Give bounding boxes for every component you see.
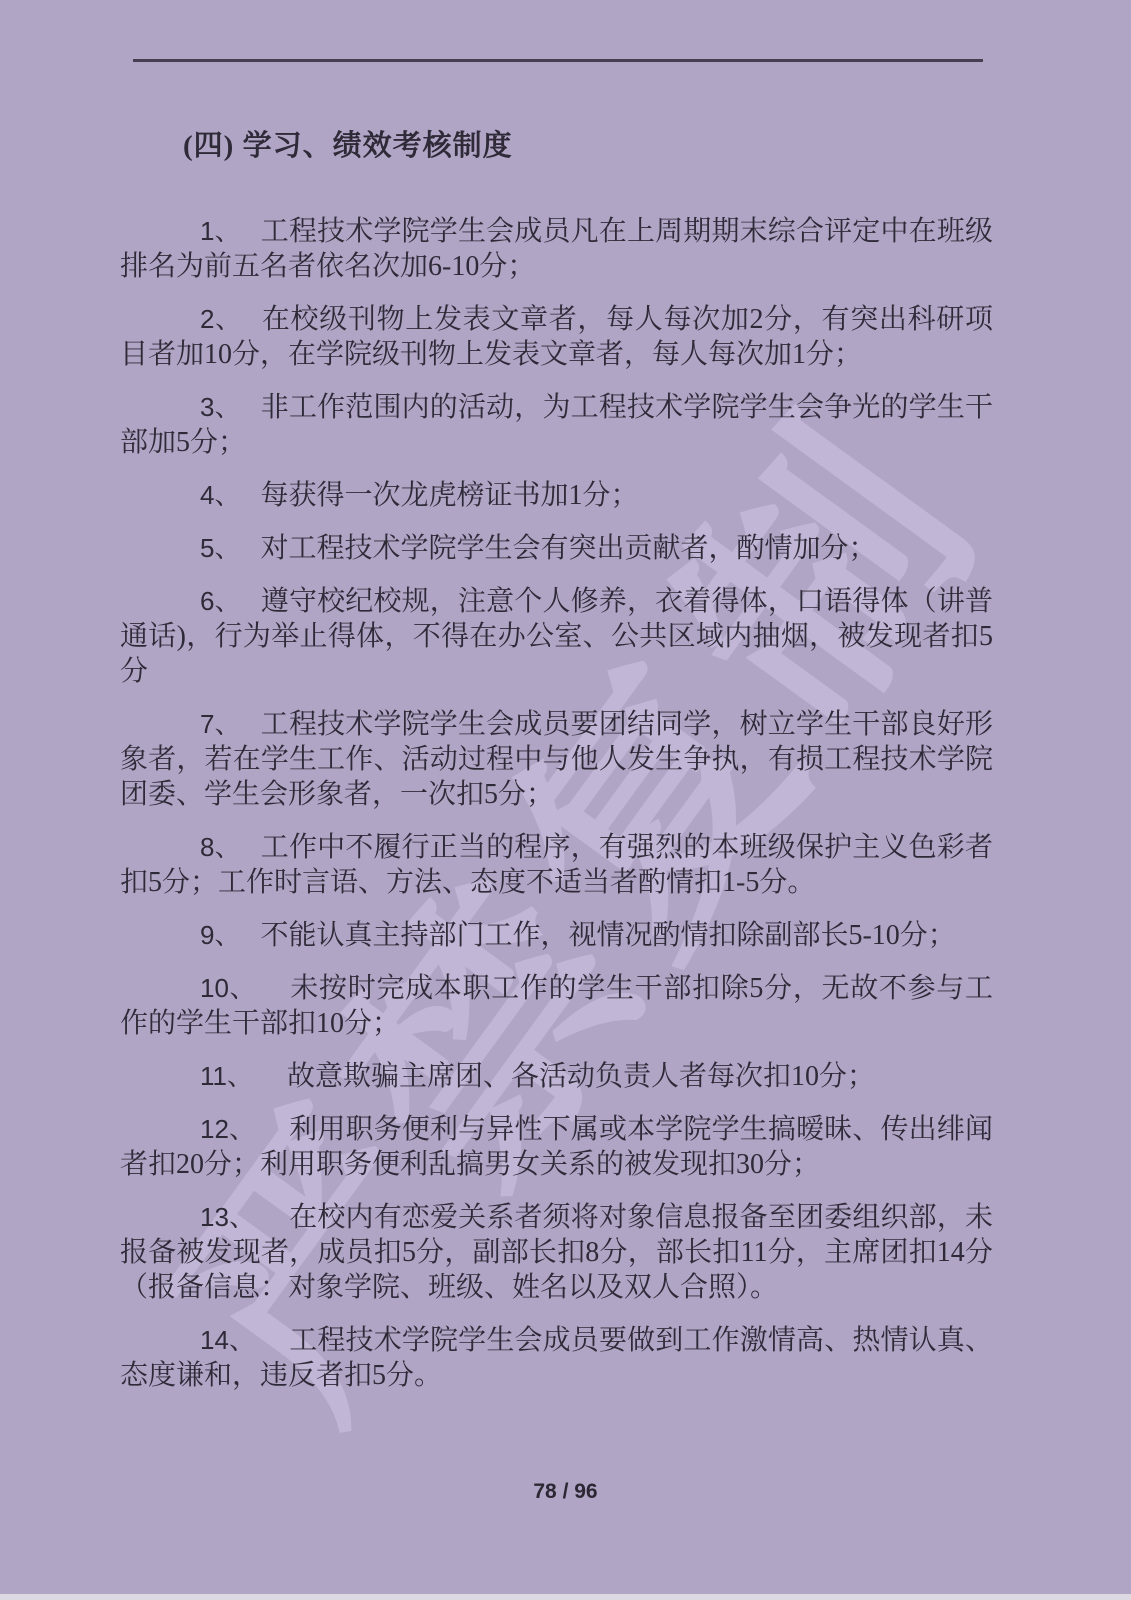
list-item: 3、非工作范围内的活动，为工程技术学院学生会争光的学生干部加5分； xyxy=(120,390,993,460)
item-text: 故意欺骗主席团、各活动负责人者每次扣10分； xyxy=(287,1061,875,1092)
section-heading: (四) 学习、绩效考核制度 xyxy=(120,128,993,164)
item-number: 8、 xyxy=(200,832,241,862)
item-text: 工作中不履行正当的程序，有强烈的本班级保护主义色彩者扣5分；工作时言语、方法、态… xyxy=(120,832,993,898)
item-number: 9、 xyxy=(200,920,240,950)
list-item: 11、故意欺骗主席团、各活动负责人者每次扣10分； xyxy=(120,1059,993,1094)
list-item: 8、工作中不履行正当的程序，有强烈的本班级保护主义色彩者扣5分；工作时言语、方法… xyxy=(120,830,993,900)
item-number: 13、 xyxy=(200,1202,255,1232)
list-item: 10、未按时完成本职工作的学生干部扣除5分，无故不参与工作的学生干部扣10分； xyxy=(120,971,993,1041)
document-page: 严禁复制 (四) 学习、绩效考核制度 1、工程技术学院学生会成员凡在上周期期末综… xyxy=(0,0,1131,1600)
list-item: 1、工程技术学院学生会成员凡在上周期期末综合评定中在班级排名为前五名者依名次加6… xyxy=(120,214,993,284)
item-number: 12、 xyxy=(200,1114,255,1144)
item-number: 1、 xyxy=(200,216,241,246)
item-text: 遵守校纪校规，注意个人修养，衣着得体，口语得体（讲普通话)，行为举止得体，不得在… xyxy=(120,586,993,687)
list-item: 5、对工程技术学院学生会有突出贡献者，酌情加分； xyxy=(120,531,993,566)
item-number: 14、 xyxy=(200,1325,255,1355)
item-text: 工程技术学院学生会成员凡在上周期期末综合评定中在班级排名为前五名者依名次加6-1… xyxy=(120,216,993,282)
list-item: 2、在校级刊物上发表文章者，每人每次加2分，有突出科研项目者加10分，在学院级刊… xyxy=(120,302,993,372)
items-container: 1、工程技术学院学生会成员凡在上周期期末综合评定中在班级排名为前五名者依名次加6… xyxy=(120,214,993,1393)
item-number: 4、 xyxy=(200,480,240,510)
list-item: 4、每获得一次龙虎榜证书加1分； xyxy=(120,478,993,513)
item-text: 工程技术学院学生会成员要团结同学，树立学生干部良好形象者，若在学生工作、活动过程… xyxy=(120,709,993,810)
item-number: 2、 xyxy=(200,304,242,334)
item-text: 在校级刊物上发表文章者，每人每次加2分，有突出科研项目者加10分，在学院级刊物上… xyxy=(120,304,993,370)
item-text: 非工作范围内的活动，为工程技术学院学生会争光的学生干部加5分； xyxy=(120,392,993,458)
item-text: 每获得一次龙虎榜证书加1分； xyxy=(260,480,638,511)
header-rule xyxy=(133,59,983,62)
item-number: 10、 xyxy=(200,973,256,1003)
item-text: 对工程技术学院学生会有突出贡献者，酌情加分； xyxy=(260,533,876,564)
page-number: 78 / 96 xyxy=(0,1480,1131,1504)
list-item: 9、不能认真主持部门工作，视情况酌情扣除副部长5-10分； xyxy=(120,918,993,953)
item-text: 不能认真主持部门工作，视情况酌情扣除副部长5-10分； xyxy=(260,920,955,951)
list-item: 12、利用职务便利与异性下属或本学院学生搞暧昧、传出绯闻者扣20分；利用职务便利… xyxy=(120,1112,993,1182)
item-number: 6、 xyxy=(200,586,241,616)
item-number: 7、 xyxy=(200,709,241,739)
list-item: 7、工程技术学院学生会成员要团结同学，树立学生干部良好形象者，若在学生工作、活动… xyxy=(120,707,993,812)
item-number: 11、 xyxy=(200,1061,253,1091)
page-content: (四) 学习、绩效考核制度 1、工程技术学院学生会成员凡在上周期期末综合评定中在… xyxy=(120,128,993,1411)
footer-strip xyxy=(0,1594,1131,1600)
item-number: 5、 xyxy=(200,533,240,563)
list-item: 14、工程技术学院学生会成员要做到工作激情高、热情认真、态度谦和，违反者扣5分。 xyxy=(120,1323,993,1393)
list-item: 6、遵守校纪校规，注意个人修养，衣着得体，口语得体（讲普通话)，行为举止得体，不… xyxy=(120,584,993,689)
item-number: 3、 xyxy=(200,392,241,422)
list-item: 13、在校内有恋爱关系者须将对象信息报备至团委组织部，未报备被发现者，成员扣5分… xyxy=(120,1200,993,1305)
